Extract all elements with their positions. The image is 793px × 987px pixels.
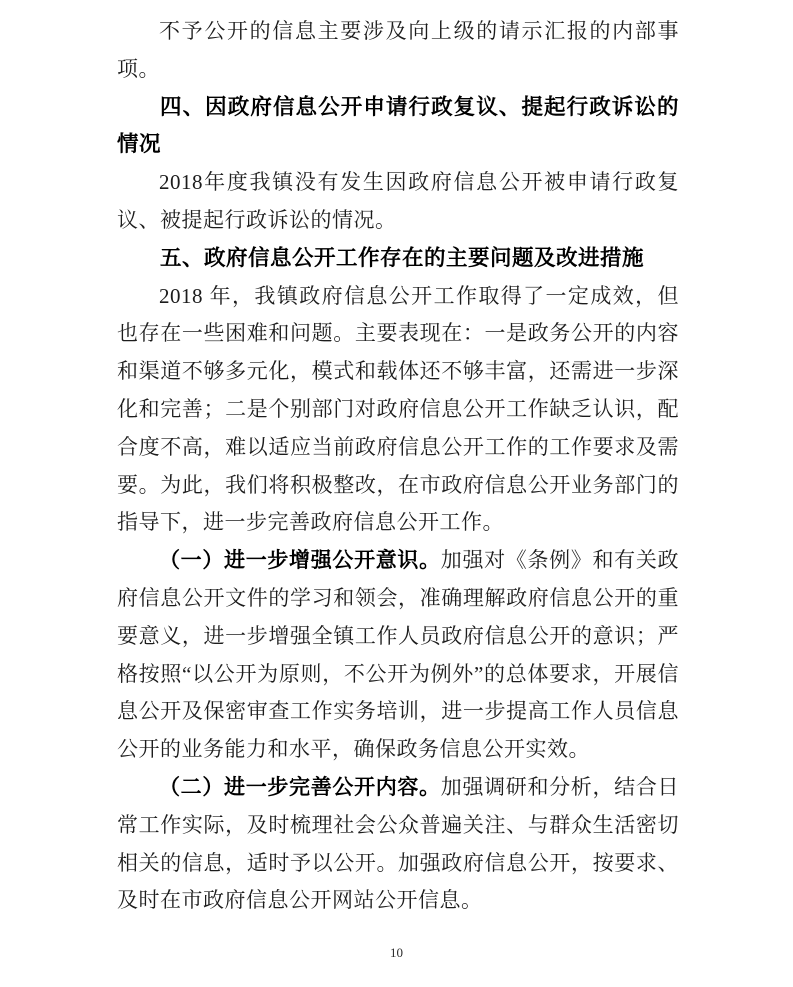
section-4-heading: 四、因政府信息公开申请行政复议、提起行政诉讼的情况 bbox=[117, 89, 679, 165]
section-5-heading: 五、政府信息公开工作存在的主要问题及改进措施 bbox=[117, 240, 679, 278]
section-5-item-2-lead: （二）进一步完善公开内容。 bbox=[159, 775, 441, 799]
document-body: 不予公开的信息主要涉及向上级的请示汇报的内部事项。 四、因政府信息公开申请行政复… bbox=[117, 13, 679, 920]
section-5-paragraph: 2018 年，我镇政府信息公开工作取得了一定成效，但也存在一些困难和问题。主要表… bbox=[117, 278, 679, 543]
section-4-paragraph: 2018年度我镇没有发生因政府信息公开被申请行政复议、被提起行政诉讼的情况。 bbox=[117, 164, 679, 240]
paragraph-intro-not-disclosed: 不予公开的信息主要涉及向上级的请示汇报的内部事项。 bbox=[117, 13, 679, 89]
section-5-item-1-paragraph: （一）进一步增强公开意识。加强对《条例》和有关政府信息公开文件的学习和领会，准确… bbox=[117, 542, 679, 769]
section-5-item-1-lead: （一）进一步增强公开意识。 bbox=[159, 548, 441, 572]
section-5-item-2-paragraph: （二）进一步完善公开内容。加强调研和分析，结合日常工作实际，及时梳理社会公众普遍… bbox=[117, 769, 679, 920]
section-5-item-1-body: 加强对《条例》和有关政府信息公开文件的学习和领会，准确理解政府信息公开的重要意义… bbox=[117, 548, 679, 761]
document-page: 不予公开的信息主要涉及向上级的请示汇报的内部事项。 四、因政府信息公开申请行政复… bbox=[0, 0, 793, 987]
page-number: 10 bbox=[0, 945, 793, 961]
